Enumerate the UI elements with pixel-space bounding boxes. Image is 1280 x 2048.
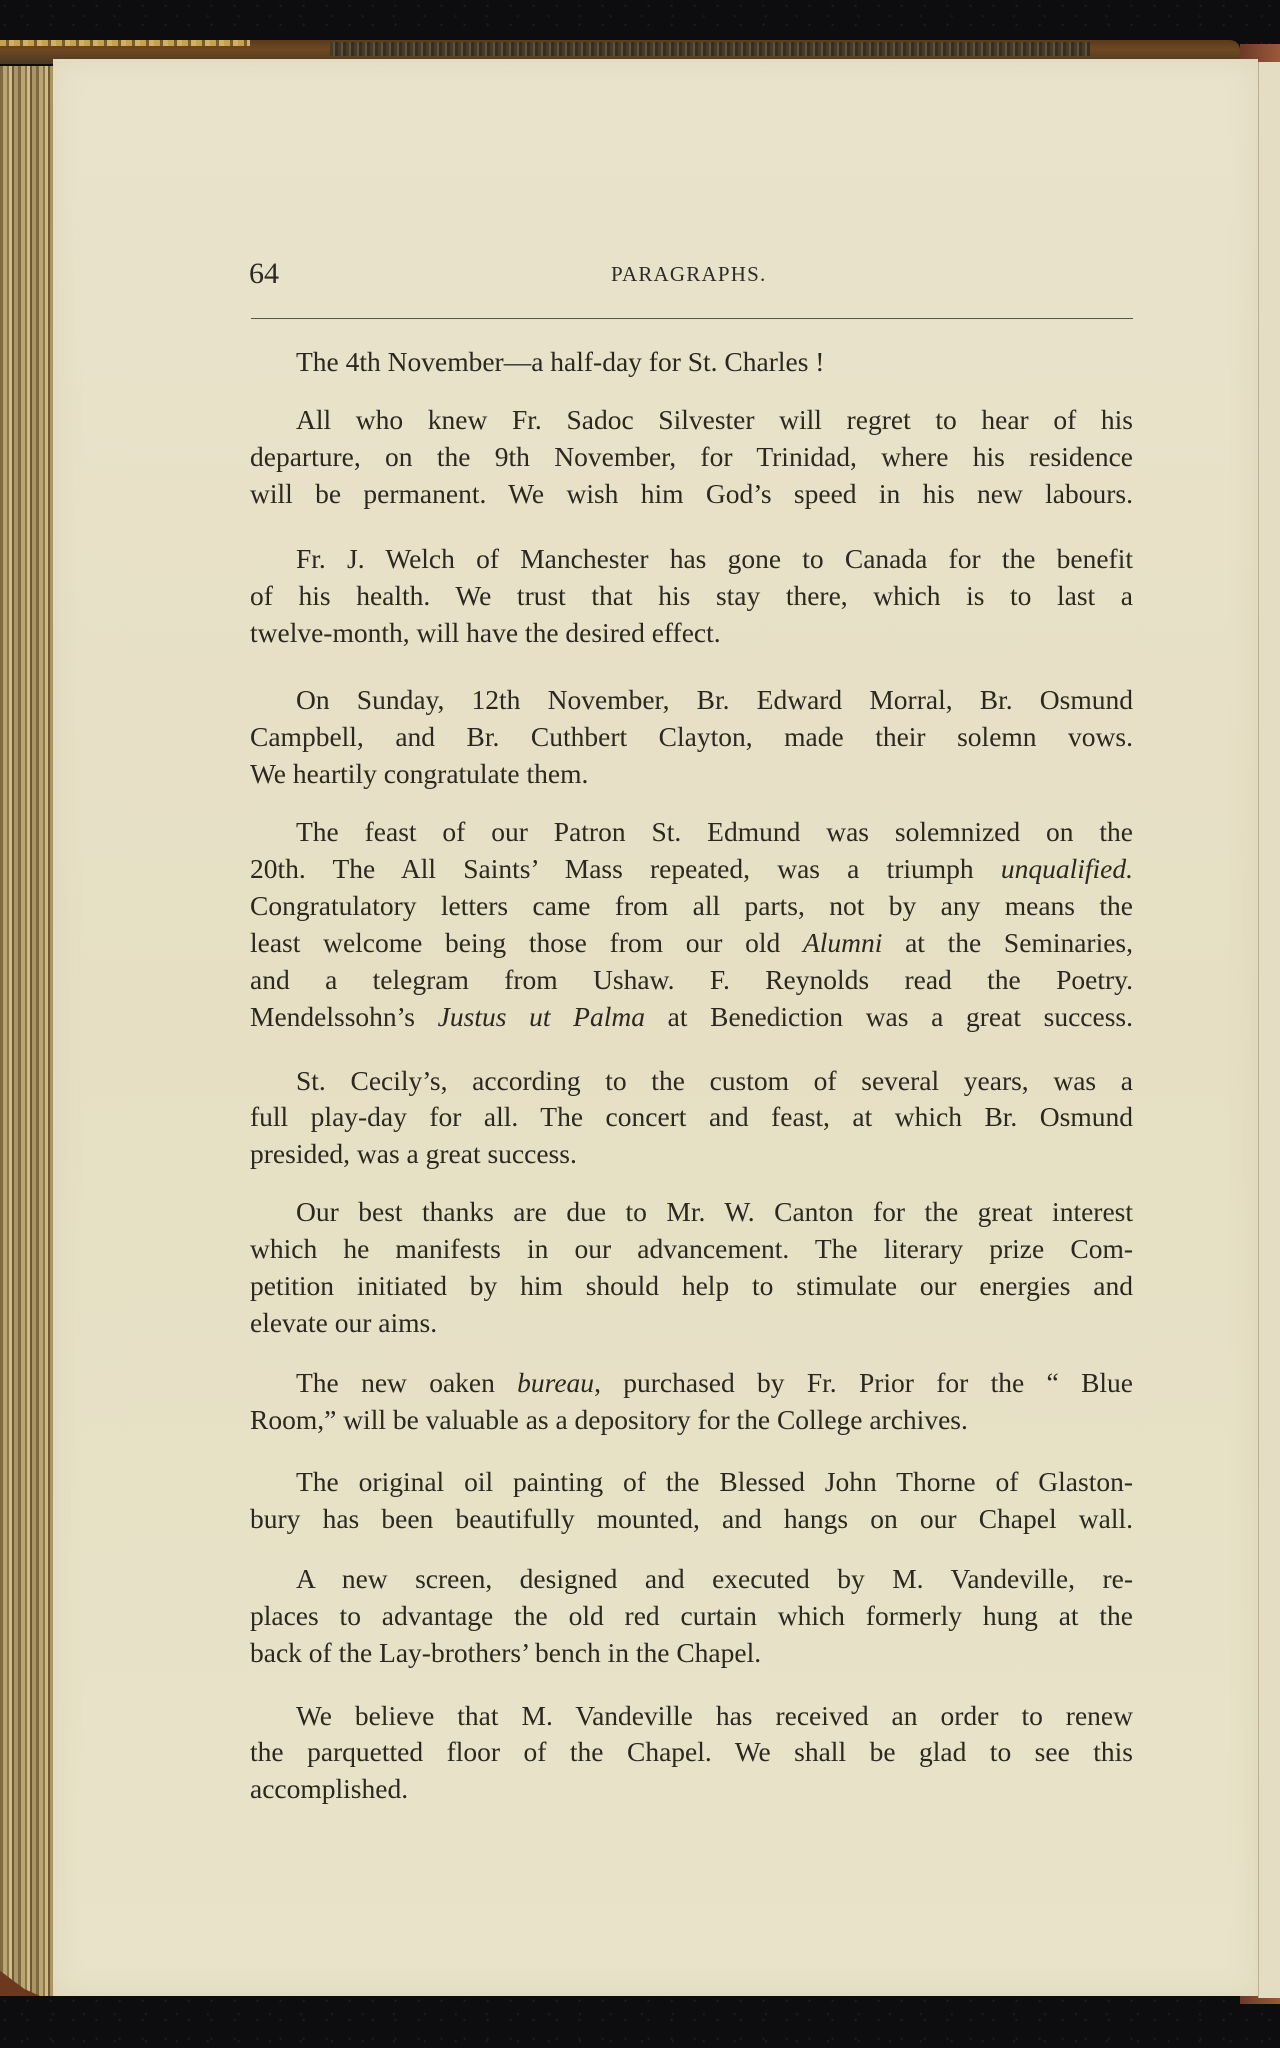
italic-text: bureau <box>517 1367 594 1398</box>
italic-text: Alumni <box>803 927 882 958</box>
paragraph-line: We heartily congratulate them. <box>250 759 1133 789</box>
paragraph-line: elevate our aims. <box>250 1308 1133 1338</box>
paragraph-line: the parquetted floor of the Chapel. We s… <box>250 1737 1133 1767</box>
paragraph-line: On Sunday, 12th November, Br. Edward Mor… <box>296 685 1133 715</box>
paragraph-line: accomplished. <box>250 1774 1133 1804</box>
paragraph-line: back of the Lay-brothers’ bench in the C… <box>250 1638 1133 1668</box>
text-span: , purchased by Fr. Prior for the “ Blue <box>594 1367 1133 1398</box>
paragraph-line: Room,” will be valuable as a depository … <box>250 1405 1133 1435</box>
paragraph-line: 20th. The All Saints’ Mass repeated, was… <box>250 854 1133 884</box>
text-span: at Benediction was a great success. <box>645 1001 1133 1032</box>
paragraph-line: petition initiated by him should help to… <box>250 1271 1133 1301</box>
paragraph-line: The new oaken bureau, purchased by Fr. P… <box>296 1368 1133 1398</box>
text-span: at the Seminaries, <box>882 927 1133 958</box>
paragraph-line: The feast of our Patron St. Edmund was s… <box>296 817 1133 847</box>
paragraph-line: places to advantage the old red curtain … <box>250 1601 1133 1631</box>
paragraph-line: and a telegram from Ushaw. F. Reynolds r… <box>250 965 1133 995</box>
italic-text: Justus ut Palma <box>438 1001 645 1032</box>
paragraph-line: Fr. J. Welch of Manchester has gone to C… <box>296 544 1133 574</box>
header-rule <box>251 318 1133 319</box>
paragraph-line: Our best thanks are due to Mr. W. Canton… <box>296 1197 1133 1227</box>
text-span: least welcome being those from our old <box>250 927 803 958</box>
paragraph-line: Campbell, and Br. Cuthbert Clayton, made… <box>250 722 1133 752</box>
paragraph-line: St. Cecily’s, according to the custom of… <box>296 1066 1133 1096</box>
paragraph-line: of his health. We trust that his stay th… <box>250 581 1133 611</box>
text-span: The new oaken <box>296 1367 517 1398</box>
paragraph-line: will be permanent. We wish him God’s spe… <box>250 479 1133 509</box>
paragraph-line: We believe that M. Vandeville has receiv… <box>296 1701 1133 1731</box>
paragraph-line: twelve-month, will have the desired effe… <box>250 618 1133 648</box>
paragraph-line: bury has been beautifully mounted, and h… <box>250 1504 1133 1534</box>
paragraph-line: Congratulatory letters came from all par… <box>250 891 1133 921</box>
page-number: 64 <box>249 257 279 291</box>
paragraph-line: which he manifests in our advancement. T… <box>250 1234 1133 1264</box>
text-span: 20th. The All Saints’ Mass repeated, was… <box>250 853 1001 884</box>
running-head-title: PARAGRAPHS. <box>611 262 766 286</box>
paragraph-line: presided, was a great success. <box>250 1139 1133 1169</box>
paragraph-line: The 4th November—a half-day for St. Char… <box>296 347 1133 377</box>
text-span: Mendelssohn’s <box>250 1001 438 1032</box>
paragraph-line: least welcome being those from our old A… <box>250 928 1133 958</box>
paragraph-line: All who knew Fr. Sadoc Silvester will re… <box>296 405 1133 435</box>
page-edges-stack <box>0 66 54 1996</box>
paragraph-line: Mendelssohn’s Justus ut Palma at Benedic… <box>250 1002 1133 1032</box>
paragraph-line: The original oil painting of the Blessed… <box>296 1467 1133 1497</box>
italic-text: unqualified. <box>1001 853 1133 884</box>
paragraph-line: departure, on the 9th November, for Trin… <box>250 442 1133 472</box>
paragraph-line: full play-day for all. The concert and f… <box>250 1102 1133 1132</box>
adjacent-page-edge <box>1258 62 1280 1998</box>
paragraph-line: A new screen, designed and executed by M… <box>296 1564 1133 1594</box>
